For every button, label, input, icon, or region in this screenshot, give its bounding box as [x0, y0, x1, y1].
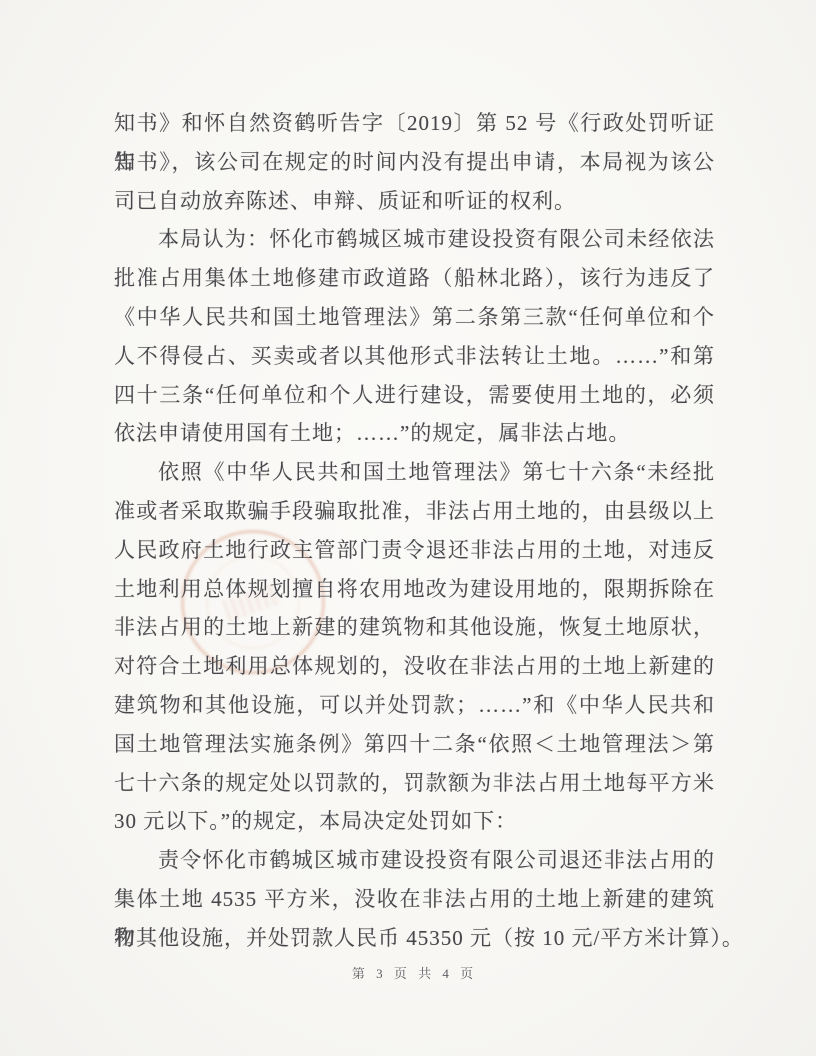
text-line: 知书》，该公司在规定的时间内没有提出申请，本局视为该公: [114, 143, 715, 182]
text-line: 人民政府土地行政主管部门责令退还非法占用的土地，对违反: [114, 531, 715, 570]
text-line: 人不得侵占、买卖或者以其他形式非法转让土地。……”和第: [114, 337, 715, 376]
text-line: 和其他设施，并处罚款人民币 45350 元（按 10 元/平方米计算）。: [114, 919, 715, 958]
text-line: 四十三条“任何单位和个人进行建设，需要使用土地的，必须: [114, 376, 715, 415]
text-line: 批准占用集体土地修建市政道路（船林北路），该行为违反了: [114, 259, 715, 298]
text-line: 对符合土地利用总体规划的，没收在非法占用的土地上新建的: [114, 647, 715, 686]
scanned-document-page: 知书》和怀自然资鹤听告字〔2019〕第 52 号《行政处罚听证告知书》，该公司在…: [0, 0, 816, 1056]
text-line: 《中华人民共和国土地管理法》第二条第三款“任何单位和个: [114, 298, 715, 337]
text-line: 土地利用总体规划擅自将农用地改为建设用地的，限期拆除在: [114, 570, 715, 609]
text-line: 30 元以下。”的规定，本局决定处罚如下：: [114, 802, 715, 841]
document-body: 知书》和怀自然资鹤听告字〔2019〕第 52 号《行政处罚听证告知书》，该公司在…: [114, 104, 715, 958]
text-line: 司已自动放弃陈述、申辩、质证和听证的权利。: [114, 182, 715, 221]
text-line: 本局认为：怀化市鹤城区城市建设投资有限公司未经依法: [114, 220, 715, 259]
text-line: 责令怀化市鹤城区城市建设投资有限公司退还非法占用的: [114, 841, 715, 880]
text-line: 集体土地 4535 平方米，没收在非法占用的土地上新建的建筑物: [114, 880, 715, 919]
text-line: 依法申请使用国有土地；……”的规定，属非法占地。: [114, 414, 715, 453]
text-line: 准或者采取欺骗手段骗取批准，非法占用土地的，由县级以上: [114, 492, 715, 531]
page-number-footer: 第 3 页 共 4 页: [114, 963, 715, 982]
text-line: 七十六条的规定处以罚款的，罚款额为非法占用土地每平方米: [114, 764, 715, 803]
text-line: 建筑物和其他设施，可以并处罚款；……”和《中华人民共和: [114, 686, 715, 725]
text-line: 非法占用的土地上新建的建筑物和其他设施，恢复土地原状，: [114, 608, 715, 647]
text-line: 依照《中华人民共和国土地管理法》第七十六条“未经批: [114, 453, 715, 492]
text-line: 国土地管理法实施条例》第四十二条“依照＜土地管理法＞第: [114, 725, 715, 764]
text-line: 知书》和怀自然资鹤听告字〔2019〕第 52 号《行政处罚听证告: [114, 104, 715, 143]
